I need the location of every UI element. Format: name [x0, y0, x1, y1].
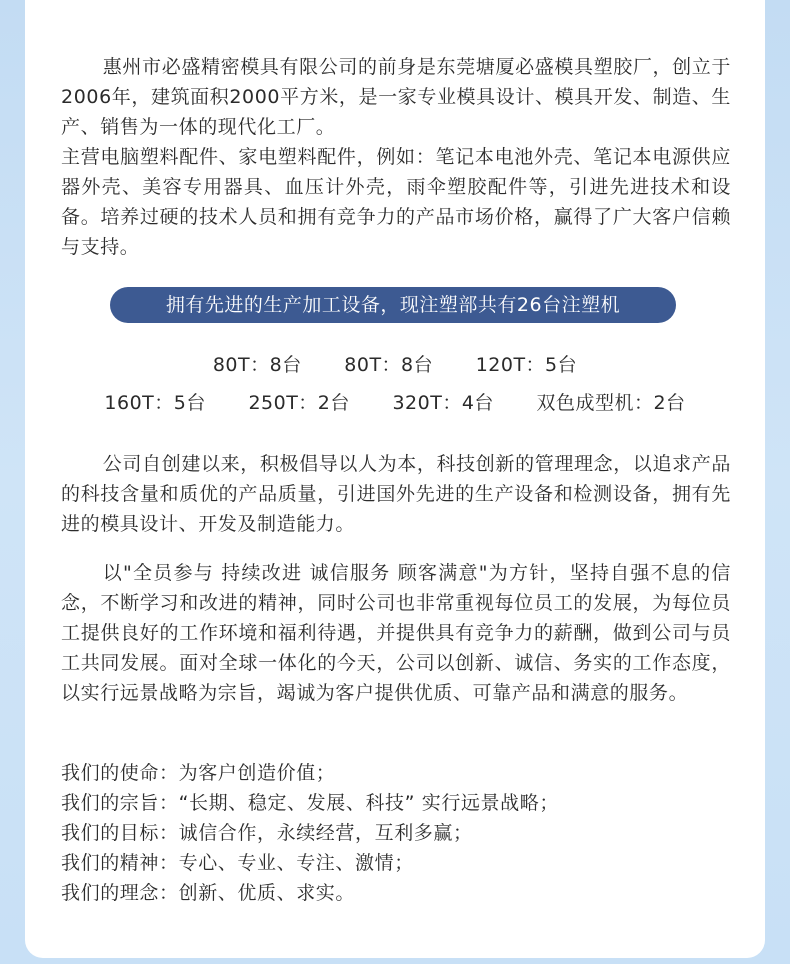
motto-list: 我们的使命：为客户创造价值； 我们的宗旨：“长期、稳定、发展、科技” 实行远景战… — [61, 758, 731, 908]
equipment-banner: 拥有先进的生产加工设备，现注塑部共有26台注塑机 — [110, 287, 676, 323]
philosophy-section: 公司自创建以来，积极倡导以人为本，科技创新的管理理念，以追求产品的科技含量和质优… — [61, 449, 731, 539]
machine-item: 250T：2台 — [248, 388, 349, 418]
management-paragraph: 公司自创建以来，积极倡导以人为本，科技创新的管理理念，以追求产品的科技含量和质优… — [61, 449, 731, 539]
machine-list-row-2: 160T：5台 250T：2台 320T：4台 双色成型机：2台 — [24, 388, 766, 418]
intro-paragraph: 惠州市必盛精密模具有限公司的前身是东莞塘厦必盛模具塑胶厂，创立于2006年，建筑… — [61, 52, 731, 142]
motto-goal: 我们的目标：诚信合作，永续经营，互利多赢； — [61, 818, 731, 848]
policy-paragraph: 以"全员参与 持续改进 诚信服务 顾客满意"为方针，坚持自强不息的信念，不断学习… — [61, 558, 731, 708]
machine-item: 80T：8台 — [213, 350, 302, 380]
machine-list-row-1: 80T：8台 80T：8台 120T：5台 — [24, 350, 766, 380]
motto-concept: 我们的理念：创新、优质、求实。 — [61, 878, 731, 908]
motto-purpose: 我们的宗旨：“长期、稳定、发展、科技” 实行远景战略； — [61, 788, 731, 818]
motto-mission: 我们的使命：为客户创造价值； — [61, 758, 731, 788]
intro-section: 惠州市必盛精密模具有限公司的前身是东莞塘厦必盛模具塑胶厂，创立于2006年，建筑… — [61, 52, 731, 262]
machine-item: 80T：8台 — [344, 350, 433, 380]
machine-item: 160T：5台 — [104, 388, 205, 418]
machine-item: 120T：5台 — [476, 350, 577, 380]
machine-item: 320T：4台 — [392, 388, 493, 418]
machine-item: 双色成型机：2台 — [536, 388, 685, 418]
policy-section: 以"全员参与 持续改进 诚信服务 顾客满意"为方针，坚持自强不息的信念，不断学习… — [61, 558, 731, 708]
motto-spirit: 我们的精神：专心、专业、专注、激情； — [61, 848, 731, 878]
products-paragraph: 主营电脑塑料配件、家电塑料配件，例如：笔记本电池外壳、笔记本电源供应器外壳、美容… — [61, 142, 731, 262]
